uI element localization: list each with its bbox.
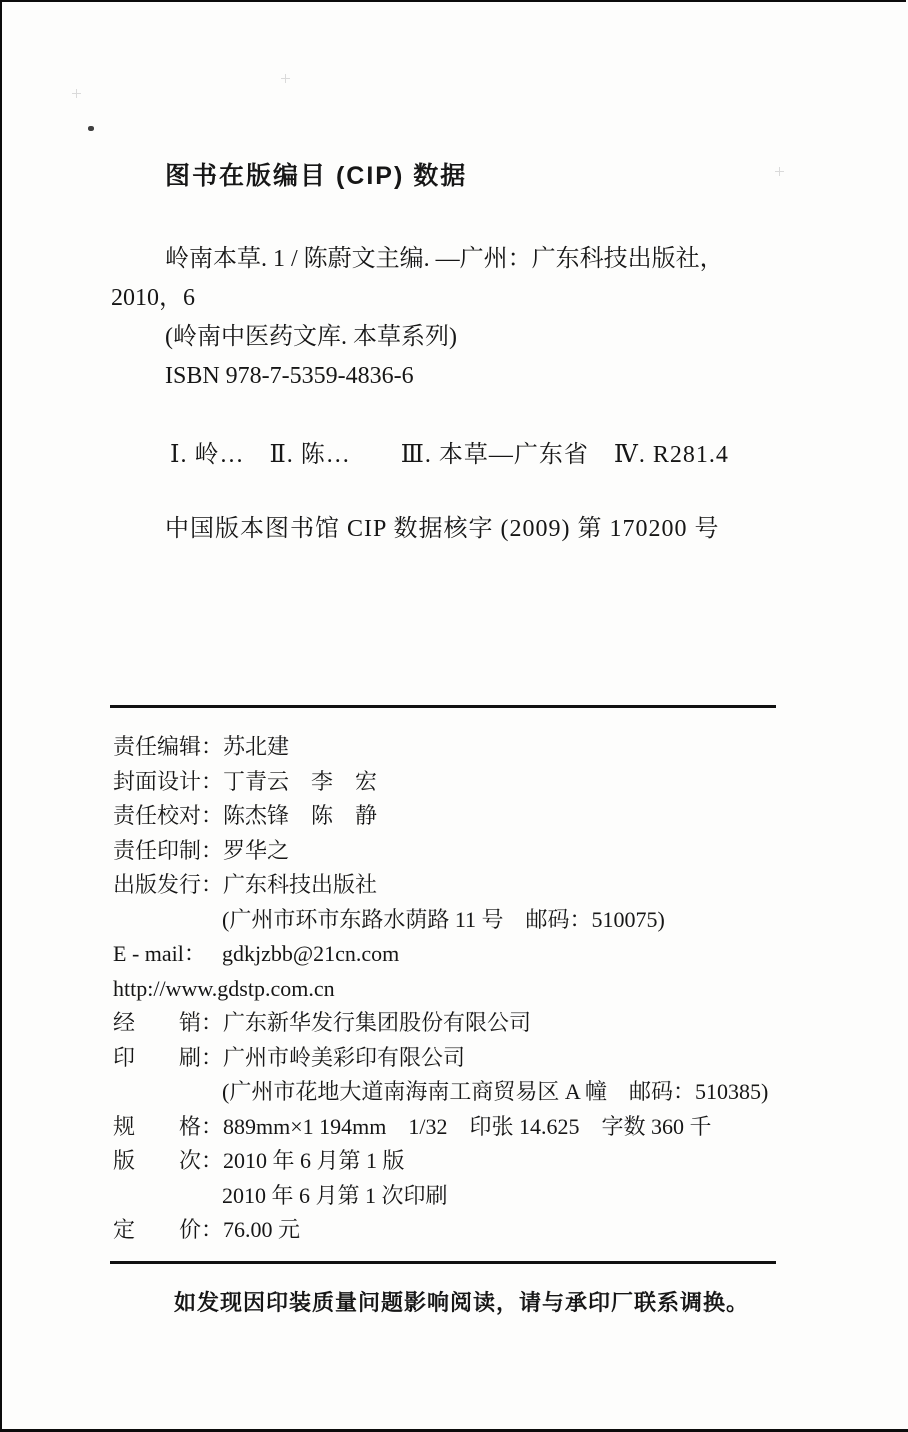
isbn-line: ISBN 978-7-5359-4836-6 (111, 357, 831, 396)
colophon-label: 版 次： (113, 1144, 223, 1179)
colophon: 责任编辑：苏北建 封面设计：丁青云 李 宏 责任校对：陈杰锋 陈 静 责任印制：… (113, 730, 853, 1248)
cip-record-number: 中国版本图书馆 CIP 数据核字 (2009) 第 170200 号 (165, 508, 719, 543)
price-value: 76.00 元 (223, 1217, 300, 1242)
colophon-row: 经 销：广东新华发行集团股份有限公司 (113, 1006, 853, 1041)
colophon-row-continuation: (广州市花地大道南海南工商贸易区 A 幢 邮码：510385) (113, 1075, 853, 1110)
website-url: http://www.gdstp.com.cn (113, 976, 335, 1001)
colophon-value: 苏北建 (223, 734, 289, 759)
colophon-row: E - mail：gdkjzbb@21cn.com (113, 937, 853, 972)
colophon-value: 陈杰锋 陈 静 (223, 803, 377, 828)
registration-mark (281, 74, 290, 83)
colophon-row: 版 次：2010 年 6 月第 1 版 (113, 1144, 853, 1179)
cip-series-line: (岭南中医药文库. 本草系列) (111, 318, 831, 357)
colophon-value: 广东科技出版社 (223, 872, 377, 897)
colophon-label: 责任校对： (113, 799, 223, 834)
registration-mark (72, 89, 81, 98)
page-edge-left (0, 0, 2, 1432)
colophon-label: 定 价： (113, 1213, 223, 1248)
colophon-value: 广州市岭美彩印有限公司 (223, 1045, 465, 1070)
colophon-row: 规 格：889mm×1 194mm 1/32 印张 14.625 字数 360 … (113, 1110, 853, 1145)
colophon-row: 定 价：76.00 元 (113, 1213, 853, 1248)
colophon-row: 责任编辑：苏北建 (113, 730, 853, 765)
colophon-label: 责任印制： (113, 834, 223, 869)
printing-info: 2010 年 6 月第 1 次印刷 (222, 1183, 448, 1208)
printer-address: (广州市花地大道南海南工商贸易区 A 幢 邮码：510385) (222, 1079, 768, 1104)
email-value: gdkjzbb@21cn.com (222, 941, 399, 966)
colophon-value: 2010 年 6 月第 1 版 (223, 1148, 405, 1173)
colophon-row: 责任印制：罗华之 (113, 834, 853, 869)
colophon-row: 出版发行：广东科技出版社 (113, 868, 853, 903)
colophon-row-continuation: (广州市环市东路水荫路 11 号 邮码：510075) (113, 903, 853, 938)
colophon-label: 出版发行： (113, 868, 223, 903)
colophon-label: 经 销： (113, 1006, 223, 1041)
colophon-row-continuation: 2010 年 6 月第 1 次印刷 (113, 1179, 853, 1214)
colophon-row: 印 刷：广州市岭美彩印有限公司 (113, 1041, 853, 1076)
colophon-label: E - mail： (113, 937, 222, 972)
colophon-value: 889mm×1 194mm 1/32 印张 14.625 字数 360 千 (223, 1114, 711, 1139)
cip-entry-line: 2010，6 (111, 279, 831, 318)
registration-mark (775, 167, 784, 176)
divider-top (110, 705, 776, 708)
cip-section-title: 图书在版编目 (CIP) 数据 (165, 156, 467, 192)
scan-speck (88, 126, 94, 131)
copyright-page: 图书在版编目 (CIP) 数据 岭南本草. 1 / 陈蔚文主编. —广州：广东科… (0, 0, 908, 1432)
publisher-address: (广州市环市东路水荫路 11 号 邮码：510075) (222, 907, 665, 932)
colophon-row: 封面设计：丁青云 李 宏 (113, 765, 853, 800)
page-edge-top (0, 0, 906, 2)
colophon-value: 罗华之 (223, 838, 289, 863)
colophon-row: 责任校对：陈杰锋 陈 静 (113, 799, 853, 834)
divider-bottom (110, 1261, 776, 1264)
cip-entry-line: 岭南本草. 1 / 陈蔚文主编. —广州：广东科技出版社， (111, 240, 831, 279)
colophon-value: 广东新华发行集团股份有限公司 (223, 1010, 531, 1035)
colophon-label: 责任编辑： (113, 730, 223, 765)
colophon-label: 印 刷： (113, 1041, 223, 1076)
colophon-label: 封面设计： (113, 765, 223, 800)
colophon-label: 规 格： (113, 1110, 223, 1145)
colophon-row: http://www.gdstp.com.cn (113, 972, 853, 1007)
colophon-value: 丁青云 李 宏 (223, 769, 377, 794)
quality-notice: 如发现因印装质量问题影响阅读，请与承印厂联系调换。 (174, 1286, 749, 1317)
cip-classification: Ⅰ. 岭… Ⅱ. 陈… Ⅲ. 本草—广东省 Ⅳ. R281.4 (170, 434, 729, 469)
cip-entry: 岭南本草. 1 / 陈蔚文主编. —广州：广东科技出版社， 2010，6 (岭南… (111, 240, 831, 396)
